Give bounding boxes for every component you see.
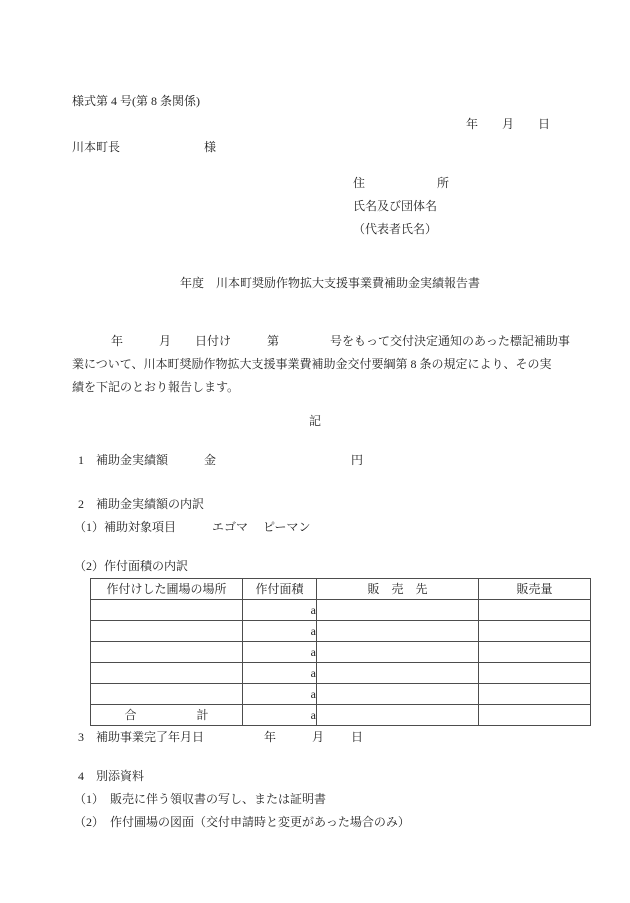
sales-volume-cell xyxy=(479,642,591,663)
table-total-row: 合 計 a xyxy=(91,705,591,726)
buyer-cell xyxy=(317,663,479,684)
buyer-cell xyxy=(317,642,479,663)
form-number-line: 様式第 4 号(第 8 条関係) xyxy=(72,90,558,113)
table-row: a xyxy=(91,600,591,621)
buyer-cell xyxy=(317,600,479,621)
buyer-cell xyxy=(317,684,479,705)
col-header-planted-area: 作付面積 xyxy=(243,579,317,600)
buyer-cell xyxy=(317,621,479,642)
attachment-2-line: （2） 作付圃場の図面（交付申請時と変更があった場合のみ） xyxy=(72,811,558,834)
field-location-cell xyxy=(91,600,243,621)
field-location-cell xyxy=(91,642,243,663)
area-unit-cell: a xyxy=(243,600,317,621)
attachment-1-line: （1） 販売に伴う領収書の写し、または証明書 xyxy=(72,788,558,811)
document-title: 年度 川本町奨励作物拡大支援事業費補助金実績報告書 xyxy=(72,272,558,295)
col-header-sales-volume: 販売量 xyxy=(479,579,591,600)
paragraph-line-1: 年 月 日付け 第 号をもって交付決定通知のあった標記補助事 xyxy=(72,330,558,353)
area-unit-cell: a xyxy=(243,684,317,705)
representative-name-label: （代表者氏名） xyxy=(353,218,558,241)
total-sales-volume-cell xyxy=(479,705,591,726)
sales-volume-cell xyxy=(479,663,591,684)
area-unit-cell: a xyxy=(243,621,317,642)
breakdown-heading-line: 2 補助金実績額の内訳 xyxy=(72,493,558,516)
area-unit-cell: a xyxy=(243,642,317,663)
record-heading: 記 xyxy=(72,410,558,433)
planting-area-table: 作付けした圃場の場所 作付面積 販 売 先 販売量 a a a xyxy=(90,578,591,726)
paragraph-line-2: 業について、川本町奨励作物拡大支援事業費補助金交付要綱第 8 条の規定により、そ… xyxy=(72,353,558,376)
sales-volume-cell xyxy=(479,621,591,642)
area-unit-cell: a xyxy=(243,663,317,684)
col-header-field-location: 作付けした圃場の場所 xyxy=(91,579,243,600)
field-location-cell xyxy=(91,684,243,705)
table-row: a xyxy=(91,621,591,642)
body-paragraph: 年 月 日付け 第 号をもって交付決定通知のあった標記補助事 業について、川本町… xyxy=(72,330,558,399)
field-location-cell xyxy=(91,621,243,642)
planting-area-heading-line: （2）作付面積の内訳 xyxy=(72,555,558,578)
sales-volume-cell xyxy=(479,684,591,705)
table-row: a xyxy=(91,684,591,705)
col-header-buyer: 販 売 先 xyxy=(317,579,479,600)
table-row: a xyxy=(91,642,591,663)
recipient-block: 住 所 氏名及び団体名 （代表者氏名） xyxy=(72,172,558,241)
document-page: 様式第 4 号(第 8 条関係) 年 月 日 川本町長 様 住 所 氏名及び団体… xyxy=(0,0,630,903)
name-org-label: 氏名及び団体名 xyxy=(353,195,558,218)
table-header-row: 作付けした圃場の場所 作付面積 販 売 先 販売量 xyxy=(91,579,591,600)
total-buyer-cell xyxy=(317,705,479,726)
addressee-line: 川本町長 様 xyxy=(72,136,558,159)
sales-volume-cell xyxy=(479,600,591,621)
paragraph-line-3: 績を下記のとおり報告します。 xyxy=(72,376,558,399)
completion-date-line: 3 補助事業完了年月日 年 月 日 xyxy=(72,726,558,749)
field-location-cell xyxy=(91,663,243,684)
subsidy-amount-line: 1 補助金実績額 金 円 xyxy=(72,449,558,472)
table-row: a xyxy=(91,663,591,684)
total-area-unit-cell: a xyxy=(243,705,317,726)
date-line: 年 月 日 xyxy=(72,113,558,136)
attachments-heading-line: 4 別添資料 xyxy=(72,765,558,788)
address-label: 住 所 xyxy=(353,172,558,195)
target-items-line: （1）補助対象項目 エゴマ ピーマン xyxy=(72,516,558,539)
total-label-cell: 合 計 xyxy=(91,705,243,726)
